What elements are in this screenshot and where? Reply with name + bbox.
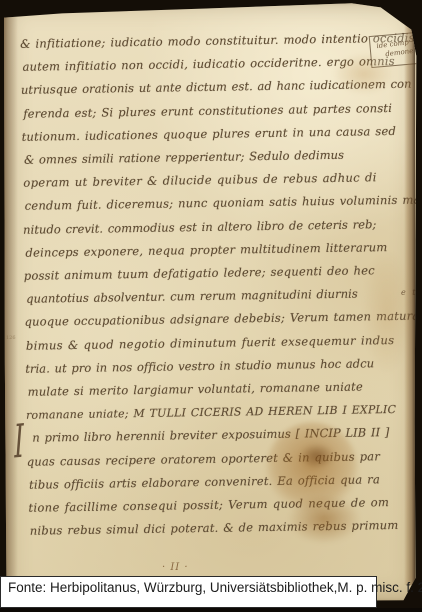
gutter-shadow	[4, 2, 18, 602]
right-margin-note: e t	[401, 288, 418, 297]
source-caption-text: Fonte: Herbipolitanus, Würzburg, Univers…	[8, 580, 422, 595]
drop-cap-initial: I	[13, 418, 24, 465]
left-margin-faint-mark: 126	[6, 335, 16, 341]
folio-page-number: · II ·	[162, 562, 189, 573]
manuscript-text-block: & infitiatione; iudicatio modo constitui…	[20, 27, 384, 543]
manuscript-line: nibus rebus simul dici poterat. & de max…	[30, 514, 384, 543]
corner-pen-mark: 7	[395, 7, 405, 23]
source-caption-bar: Fonte: Herbipolitanus, Würzburg, Univers…	[0, 576, 377, 608]
parchment-page: & infitiatione; iudicatio modo constitui…	[4, 2, 418, 602]
page-stack-edge	[404, 20, 415, 585]
manuscript-photo: & infitiatione; iudicatio modo constitui…	[0, 0, 422, 612]
margin-annotation-box: ide comp demone	[369, 32, 420, 68]
bottom-border	[0, 608, 422, 612]
